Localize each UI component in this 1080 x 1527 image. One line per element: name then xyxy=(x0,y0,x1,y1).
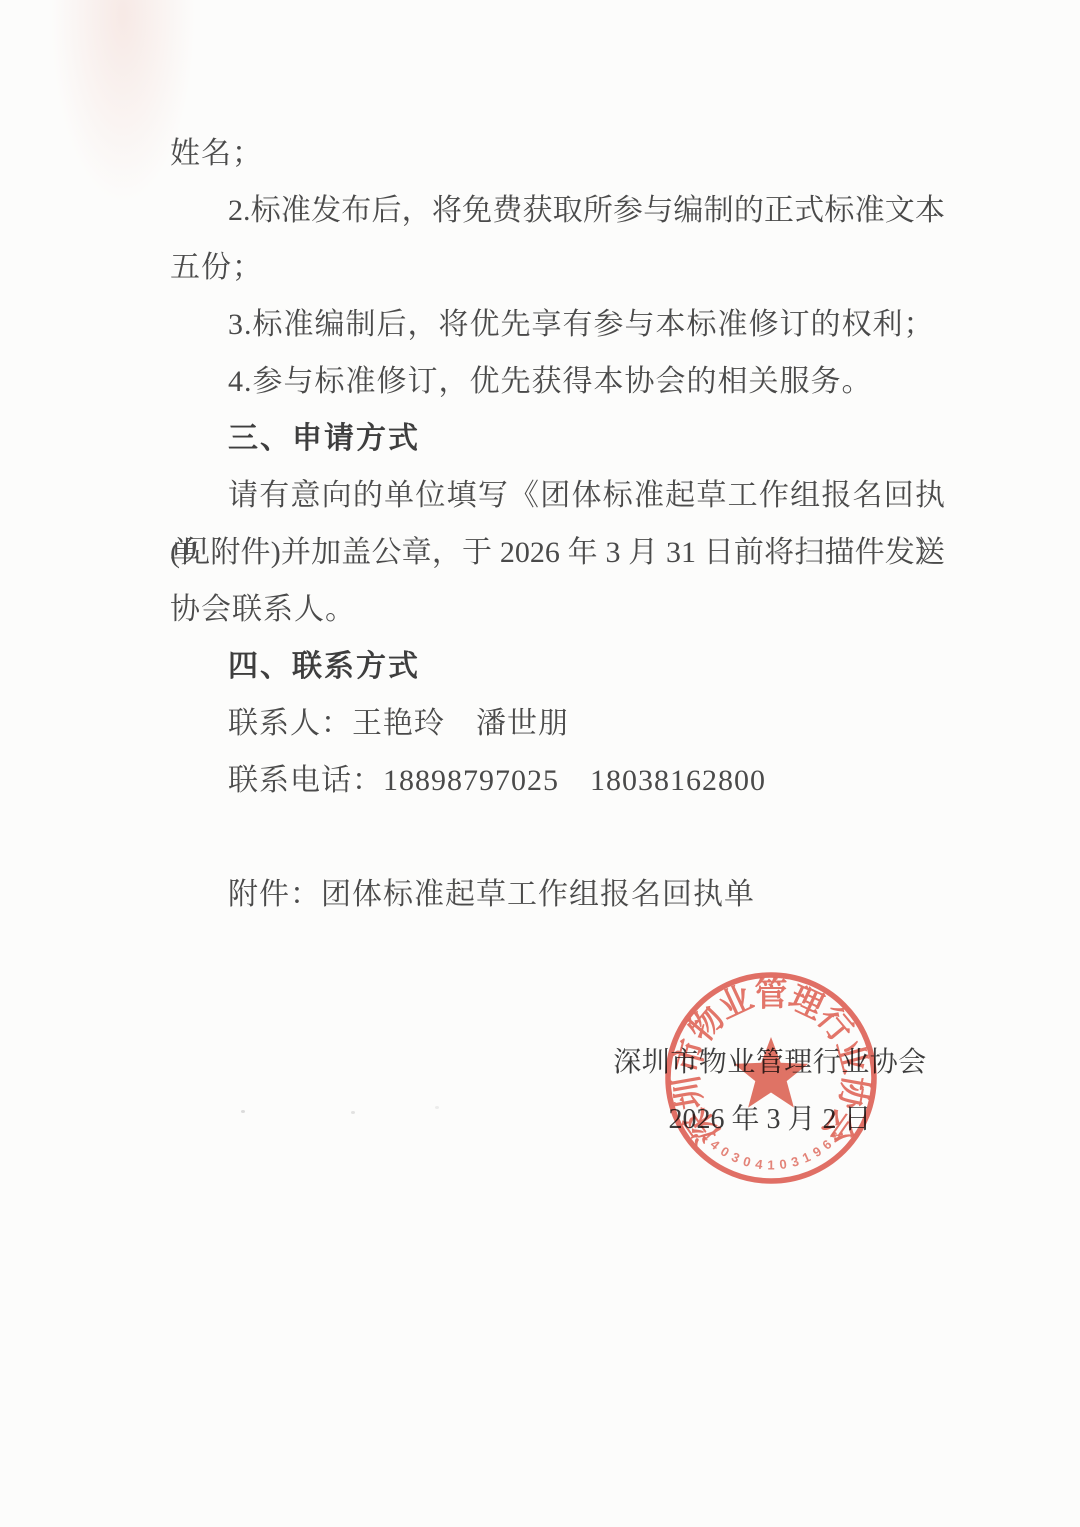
document-line: 3.标准编制后，将优先享有参与本标准修订的权利； xyxy=(170,296,945,353)
scan-dot xyxy=(241,1110,245,1113)
seal-number: 0 xyxy=(718,1144,732,1161)
seal-star-icon xyxy=(734,1037,808,1108)
document-line: 附件：团体标准起草工作组报名回执单 xyxy=(170,866,945,923)
seal-number: 3 xyxy=(729,1149,742,1166)
document-line: 联系电话：18898797025 18038162800 xyxy=(170,752,945,809)
document-line: 五份； xyxy=(170,239,945,296)
document-line: 姓名； xyxy=(170,125,945,182)
seal-arc-text: 圳 xyxy=(667,1073,709,1112)
seal-number: 1 xyxy=(800,1149,813,1166)
document-line: 请有意向的单位填写《团体标准起草工作组报名回执单》 xyxy=(170,467,945,524)
document-body: 姓名；2.标准发布后，将免费获取所参与编制的正式标准文本五份；3.标准编制后，将… xyxy=(0,0,1080,923)
document-line: 4.参与标准修订，优先获得本协会的相关服务。 xyxy=(170,353,945,410)
official-seal: 深圳市物业管理行业协会4403041031968 xyxy=(651,958,891,1198)
seal-number: 0 xyxy=(741,1153,752,1169)
document-line: 联系人：王艳玲 潘世朋 xyxy=(170,695,945,752)
seal-number: 4 xyxy=(754,1156,764,1172)
seal-arc-text: 管 xyxy=(755,976,788,1013)
document-page: 姓名；2.标准发布后，将免费获取所参与编制的正式标准文本五份；3.标准编制后，将… xyxy=(0,0,1080,1527)
section-heading: 三、申请方式 xyxy=(170,410,945,467)
scan-dot xyxy=(435,1106,439,1109)
section-heading: 四、联系方式 xyxy=(170,638,945,695)
seal-number: 1 xyxy=(767,1158,774,1173)
seal-number: 3 xyxy=(789,1153,800,1169)
document-line xyxy=(170,809,945,866)
document-line: 2.标准发布后，将免费获取所参与编制的正式标准文本 xyxy=(170,182,945,239)
document-line: 协会联系人。 xyxy=(170,581,945,638)
scan-dot xyxy=(351,1111,355,1114)
document-line: (见附件)并加盖公章，于 2026 年 3 月 31 日前将扫描件发送 xyxy=(170,524,945,581)
seal-number: 0 xyxy=(778,1156,787,1172)
